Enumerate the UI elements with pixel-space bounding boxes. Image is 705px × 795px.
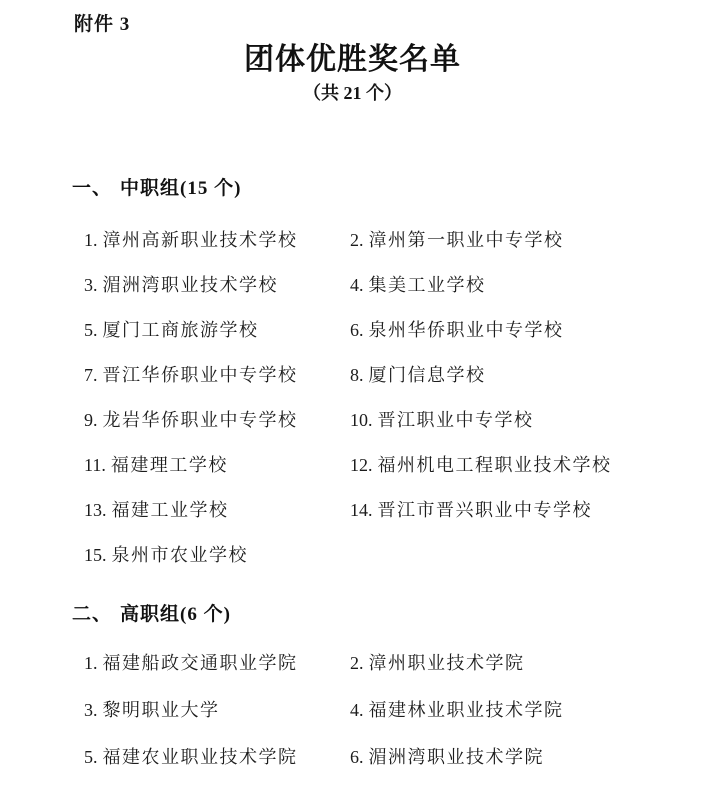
school-list-zhongzhi: 1.漳州高新职业技术学校2.漳州第一职业中专学校3.湄洲湾职业技术学校4.集美工… [84,231,705,565]
item-name: 晋江市晋兴职业中专学校 [378,500,593,520]
item-name: 黎明职业大学 [103,700,220,720]
list-item: 1.福建船政交通职业学院 [84,654,350,673]
list-item: 6.湄洲湾职业技术学院 [350,748,705,767]
item-name: 晋江职业中专学校 [378,410,534,430]
school-list-gaozhi: 1.福建船政交通职业学院2.漳州职业技术学院3.黎明职业大学4.福建林业职业技术… [84,654,705,767]
list-item: 3.黎明职业大学 [84,701,350,720]
section-marker: 一、 [72,178,112,199]
page-subtitle: （共 21 个） [0,82,705,104]
item-number: 8. [350,365,364,385]
item-number: 1. [84,653,98,673]
item-name: 湄洲湾职业技术学校 [103,275,279,295]
list-item: 14.晋江市晋兴职业中专学校 [350,501,705,520]
item-name: 漳州职业技术学院 [369,653,525,673]
item-name: 福建船政交通职业学院 [103,653,298,673]
item-number: 7. [84,365,98,385]
item-number: 11. [84,455,106,475]
item-number: 4. [350,700,364,720]
item-name: 集美工业学校 [369,275,486,295]
document-page: 附件 3 团体优胜奖名单 （共 21 个） 一、中职组(15 个) 1.漳州高新… [0,0,705,795]
item-number: 5. [84,320,98,340]
item-number: 6. [350,320,364,340]
item-name: 湄洲湾职业技术学院 [369,747,545,767]
list-item: 2.漳州职业技术学院 [350,654,705,673]
item-name: 泉州华侨职业中专学校 [369,320,564,340]
item-name: 晋江华侨职业中专学校 [103,365,298,385]
item-number: 9. [84,410,98,430]
item-number: 4. [350,275,364,295]
section-marker: 二、 [72,604,112,625]
item-number: 6. [350,747,364,767]
item-number: 14. [350,500,373,520]
item-name: 福建林业职业技术学院 [369,700,564,720]
list-item: 10.晋江职业中专学校 [350,411,705,430]
list-item: 8.厦门信息学校 [350,366,705,385]
list-item: 1.漳州高新职业技术学校 [84,231,350,250]
page-title: 团体优胜奖名单 [0,42,705,78]
item-name: 漳州第一职业中专学校 [369,230,564,250]
list-item: 5.厦门工商旅游学校 [84,321,350,340]
list-item: 4.福建林业职业技术学院 [350,701,705,720]
item-number: 15. [84,545,107,565]
item-number: 3. [84,275,98,295]
item-number: 12. [350,455,373,475]
item-number: 13. [84,500,107,520]
item-number: 2. [350,653,364,673]
item-name: 福建理工学校 [111,455,228,475]
item-name: 福建工业学校 [112,500,229,520]
section-heading-zhongzhi: 一、中职组(15 个) [72,178,705,200]
item-name: 厦门工商旅游学校 [103,320,259,340]
item-name: 龙岩华侨职业中专学校 [103,410,298,430]
item-number: 10. [350,410,373,430]
item-number: 3. [84,700,98,720]
item-name: 福建农业职业技术学院 [103,747,298,767]
item-name: 厦门信息学校 [369,365,486,385]
item-number: 2. [350,230,364,250]
list-item: 3.湄洲湾职业技术学校 [84,276,350,295]
section-heading-gaozhi: 二、高职组(6 个) [72,604,705,626]
list-item: 12.福州机电工程职业技术学校 [350,456,705,475]
list-item: 4.集美工业学校 [350,276,705,295]
section-heading-text: 高职组(6 个) [120,604,231,625]
attachment-label: 附件 3 [74,15,705,35]
list-item: 9.龙岩华侨职业中专学校 [84,411,350,430]
list-item: 13.福建工业学校 [84,501,350,520]
list-item: 11.福建理工学校 [84,456,350,475]
item-number: 1. [84,230,98,250]
list-item: 2.漳州第一职业中专学校 [350,231,705,250]
list-item: 7.晋江华侨职业中专学校 [84,366,350,385]
section-heading-text: 中职组(15 个) [120,178,241,199]
list-item: 6.泉州华侨职业中专学校 [350,321,705,340]
item-number: 5. [84,747,98,767]
list-item: 15.泉州市农业学校 [84,546,350,565]
item-name: 泉州市农业学校 [112,545,249,565]
item-name: 福州机电工程职业技术学校 [378,455,612,475]
list-item: 5.福建农业职业技术学院 [84,748,350,767]
item-name: 漳州高新职业技术学校 [103,230,298,250]
